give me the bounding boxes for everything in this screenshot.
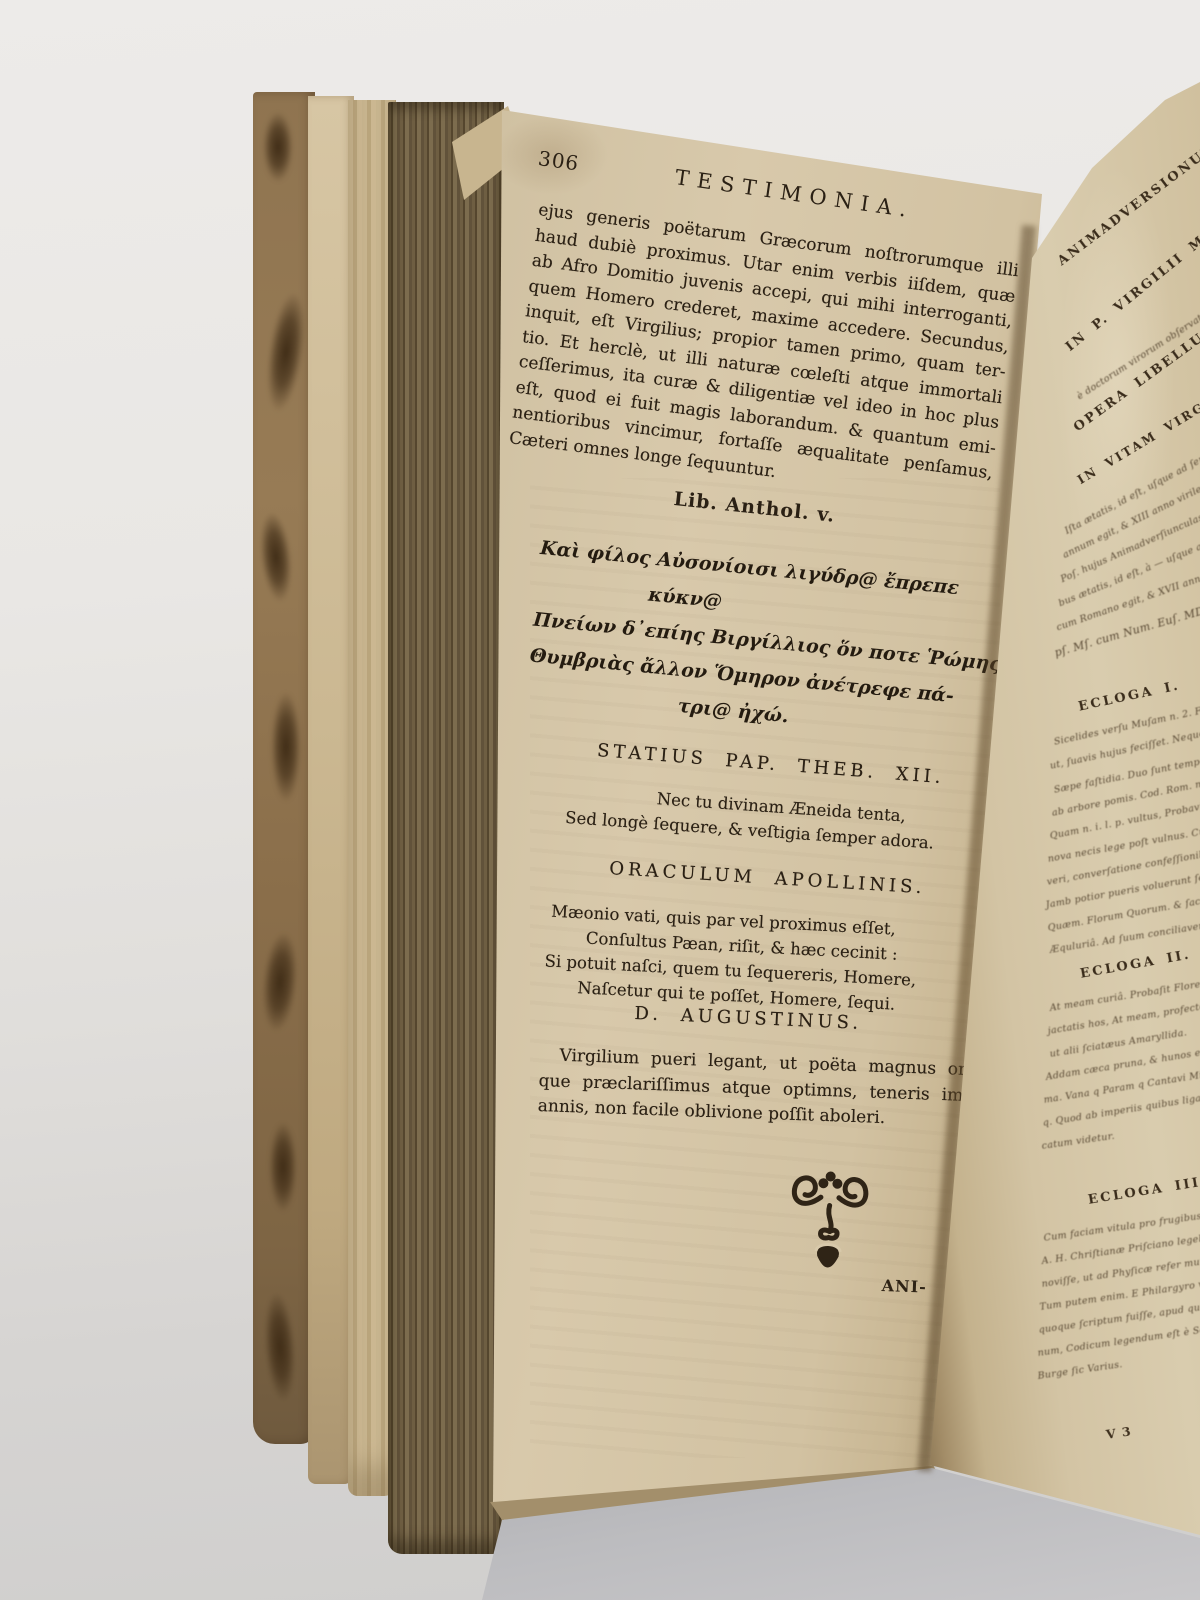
ecloga-3-heading: ECLOGA III.: [1087, 1174, 1200, 1208]
vellum-spine-cover: [253, 92, 315, 1444]
text-line: catum videtur.: [1041, 1131, 1116, 1152]
ecloga-2-heading: ECLOGA II.: [1079, 948, 1192, 982]
ecloga-1-heading: ECLOGA I.: [1077, 678, 1181, 714]
text-line: Burge ſic Varius.: [1037, 1359, 1123, 1382]
photograph-of-open-antique-book: 306 TESTIMONIA. ejus generis poëtarum Gr…: [0, 0, 1200, 1600]
signature-mark: V 3: [1105, 1423, 1133, 1441]
fore-edge-page-block: [388, 102, 504, 1554]
